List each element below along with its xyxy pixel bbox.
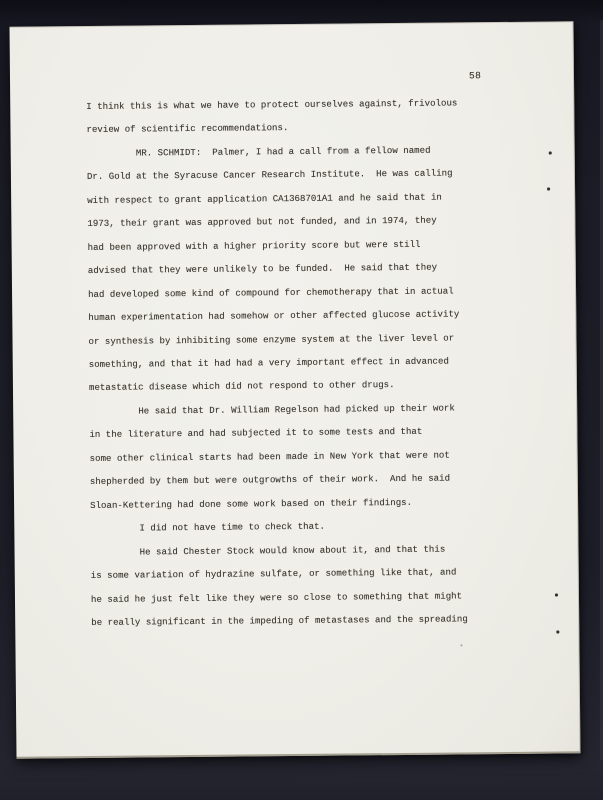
ink-speck	[547, 188, 550, 191]
text-line: He said that Dr. William Regelson had pi…	[89, 396, 509, 423]
text-line: Dr. Gold at the Syracuse Cancer Research…	[87, 161, 507, 188]
text-line: shepherded by them but were outgrowths o…	[90, 466, 510, 493]
text-line: something, and that it had had a very im…	[89, 349, 509, 376]
text-line: is some variation of hydrazine sulfate, …	[91, 560, 511, 587]
document-page: 58 I think this is what we have to prote…	[9, 21, 580, 758]
ink-speck	[460, 644, 462, 646]
page-number: 58	[469, 70, 481, 81]
ink-speck	[556, 630, 559, 633]
text-line: be really significant in the impeding of…	[91, 607, 511, 634]
text-line: human experimentation had somehow or oth…	[88, 302, 508, 329]
ink-speck	[555, 593, 558, 596]
ink-speck	[549, 152, 552, 155]
text-line: I think this is what we have to protect …	[86, 91, 506, 118]
scan-background: 58 I think this is what we have to prote…	[0, 0, 603, 800]
page-body-text: I think this is what we have to protect …	[86, 91, 511, 634]
